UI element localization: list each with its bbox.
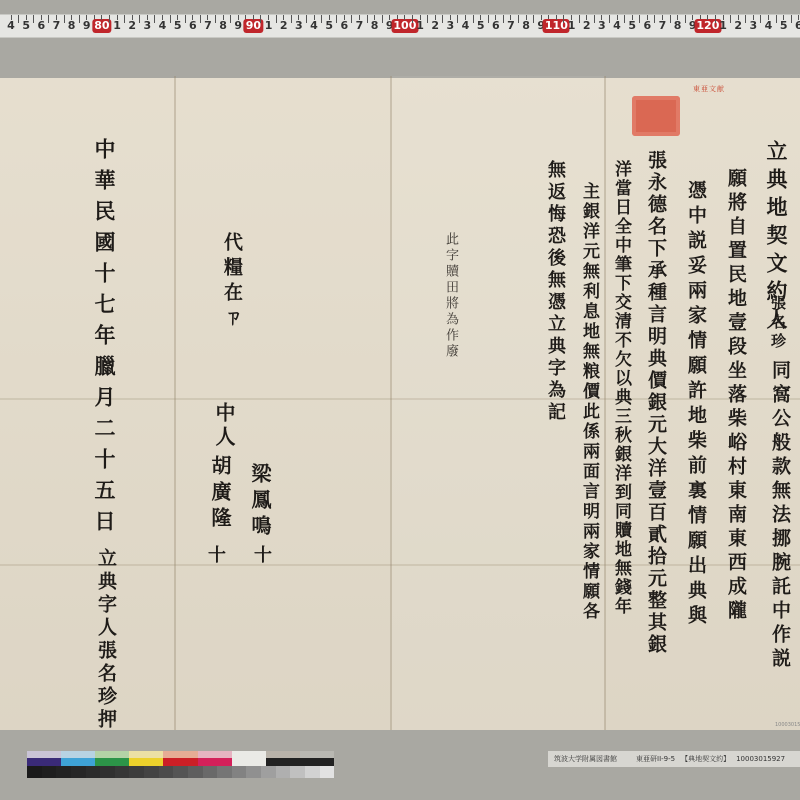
ruler-number: 7 (356, 19, 364, 33)
ruler-tick (601, 15, 602, 20)
ruler-tick (624, 15, 625, 23)
ruler-tick (670, 15, 671, 23)
ruler-tick (139, 15, 140, 23)
ruler-tick (11, 15, 12, 20)
ruler-tick (283, 15, 284, 20)
fold-line (0, 564, 800, 566)
deed-paper (0, 64, 800, 730)
ruler-number: 2 (431, 19, 439, 33)
shelfmark-label: 東亜研II-9-5 【典地契文約】 10003015927 (630, 751, 800, 767)
ruler-number: 110 (543, 19, 570, 33)
color-swatch (61, 758, 95, 766)
middlemen-label: 中人 (214, 402, 234, 450)
shelfmark: 東亜研II-9-5 (636, 754, 675, 764)
ruler-tick (18, 15, 19, 23)
ruler-number: 8 (674, 19, 682, 33)
gray-swatch (129, 766, 144, 778)
ruler-number: 8 (219, 19, 227, 33)
ruler-tick (556, 15, 557, 20)
ruler-tick (738, 15, 739, 20)
color-swatch (27, 751, 61, 758)
ruler-tick (336, 15, 337, 23)
ruler-tick (541, 15, 542, 20)
gray-swatch (71, 766, 86, 778)
ruler-tick (253, 15, 254, 20)
ruler-number: 4 (462, 19, 470, 33)
ruler-tick (480, 15, 481, 20)
ruler-number: 4 (765, 19, 773, 33)
checker-light-row (27, 751, 334, 758)
ruler-tick (730, 15, 731, 23)
ruler-tick (473, 15, 474, 23)
ruler-tick (79, 15, 80, 23)
ruler-number: 100 (391, 19, 418, 33)
ruler-number: 120 (694, 19, 721, 33)
ruler-tick (533, 15, 534, 23)
ruler-tick (495, 15, 496, 20)
ruler-number: 5 (628, 19, 636, 33)
ruler-tick (101, 15, 102, 20)
ruler-tick (276, 15, 277, 23)
ruler-tick (518, 15, 519, 23)
color-swatch (129, 758, 163, 766)
middleman-2-name: 胡廣隆 (210, 455, 230, 533)
gray-swatch (173, 766, 188, 778)
ruler-tick (367, 15, 368, 23)
ruler-number: 5 (780, 19, 788, 33)
ruler-number: 1 (719, 19, 727, 33)
ruler-tick (465, 15, 466, 20)
color-swatch (266, 758, 300, 766)
ruler-tick (132, 15, 133, 20)
ruler-tick (745, 15, 746, 23)
gray-swatch (86, 766, 101, 778)
ruler-tick (457, 15, 458, 23)
ruler-tick (760, 15, 761, 23)
ruler-tick (798, 15, 799, 20)
fold-line (390, 76, 392, 730)
gray-swatch (42, 766, 57, 778)
gray-swatch (290, 766, 305, 778)
color-swatch (198, 758, 232, 766)
color-swatch (95, 758, 129, 766)
ruler-number: 6 (492, 19, 500, 33)
ruler-tick (86, 15, 87, 20)
grain-note: 代糧在ㄗ (222, 232, 241, 332)
ruler-number: 5 (325, 19, 333, 33)
signer-line: 立典字人張名珍押 (96, 548, 115, 732)
color-swatch (300, 758, 334, 766)
ruler-tick (109, 15, 110, 23)
gray-swatch (100, 766, 115, 778)
gray-swatch (305, 766, 320, 778)
barcode-number: 10003015927 (736, 755, 785, 763)
ruler-tick (351, 15, 352, 23)
ruler-number: 5 (22, 19, 30, 33)
color-swatch (61, 751, 95, 758)
ruler-tick (723, 15, 724, 20)
ruler-number: 2 (734, 19, 742, 33)
ruler-tick (117, 15, 118, 20)
ruler-number: 3 (447, 19, 455, 33)
middleman-2-mark: 十 (206, 545, 224, 567)
ruler-tick (154, 15, 155, 23)
ruler-tick (488, 15, 489, 23)
ruler-tick (268, 15, 269, 20)
color-swatch (300, 751, 334, 758)
color-swatch (163, 751, 197, 758)
ruler-number: 5 (174, 19, 182, 33)
ruler-tick (412, 15, 413, 23)
deed-column-2: 同窩公般款無法挪腕託中作説 (770, 360, 789, 672)
ruler-tick (207, 15, 208, 20)
ruler-tick (427, 15, 428, 23)
gray-swatch (320, 766, 335, 778)
ruler-tick (162, 15, 163, 20)
ruler-tick (715, 15, 716, 23)
ruler-number: 8 (371, 19, 379, 33)
ruler-tick (185, 15, 186, 23)
ruler-number: 6 (643, 19, 651, 33)
gray-swatch (27, 766, 42, 778)
ruler-tick (344, 15, 345, 20)
ruler-number: 9 (83, 19, 91, 33)
color-swatch (95, 751, 129, 758)
ruler-number: 4 (7, 19, 15, 33)
fold-line (0, 398, 800, 400)
ruler-tick (503, 15, 504, 23)
ruler-tick (617, 15, 618, 20)
collection-stamp-text: 東亜文献 (693, 84, 725, 94)
ruler-tick (563, 15, 564, 23)
ruler-number: 1 (416, 19, 424, 33)
ruler-number: 8 (522, 19, 530, 33)
ruler-tick (215, 15, 216, 23)
ruler-tick (389, 15, 390, 20)
barcode-stamp: 10003015927 (775, 722, 800, 728)
color-swatch (163, 758, 197, 766)
ruler-number: 2 (583, 19, 591, 33)
color-swatch (232, 758, 266, 766)
ruler-number: 1 (265, 19, 273, 33)
ruler-number: 6 (37, 19, 45, 33)
ruler-number: 8 (68, 19, 76, 33)
gray-swatch (56, 766, 71, 778)
checker-color-row (27, 758, 334, 766)
ruler-tick (56, 15, 57, 20)
ruler-tick (707, 15, 708, 20)
ruler-tick (147, 15, 148, 20)
ruler-number: 6 (189, 19, 197, 33)
ruler-tick (382, 15, 383, 23)
color-swatch (266, 751, 300, 758)
gray-swatch (115, 766, 130, 778)
ruler-tick (200, 15, 201, 23)
color-swatch (198, 751, 232, 758)
ruler-tick (632, 15, 633, 20)
ruler-tick (510, 15, 511, 20)
gray-swatch (217, 766, 232, 778)
ruler-number: 7 (659, 19, 667, 33)
gray-swatch (203, 766, 218, 778)
ruler-tick (654, 15, 655, 23)
ruler-tick (685, 15, 686, 23)
measuring-ruler: 4567898012345678990123456789100123456789… (0, 14, 800, 38)
ruler-tick (41, 15, 42, 20)
deed-column-7: 主銀洋元無利息地無粮價此係兩面言明兩家情願各 (580, 182, 597, 622)
ruler-number: 7 (507, 19, 515, 33)
deed-column-3: 願將自置民地壹段坐落柴峪村東南東西成隴 (726, 168, 745, 624)
ruler-tick (223, 15, 224, 20)
date-line: 中華民國十七年臘月二十五日 (94, 138, 115, 541)
ruler-number: 2 (128, 19, 136, 33)
deed-party-name: 張名珍 (770, 295, 785, 352)
ruler-tick (238, 15, 239, 20)
ruler-tick (753, 15, 754, 20)
ruler-tick (124, 15, 125, 23)
ruler-tick (526, 15, 527, 20)
ruler-number: 7 (204, 19, 212, 33)
ruler-tick (420, 15, 421, 20)
fold-line (174, 76, 176, 730)
gray-swatch (261, 766, 276, 778)
ruler-number: 1 (113, 19, 121, 33)
deed-column-5: 張永德名下承種言明典價銀元大洋壹百貳拾元整其銀 (646, 150, 665, 656)
gray-swatch (246, 766, 261, 778)
ruler-tick (170, 15, 171, 23)
color-swatch (232, 751, 266, 758)
ruler-tick (314, 15, 315, 20)
ruler-tick (579, 15, 580, 23)
ruler-tick (594, 15, 595, 23)
ruler-number: 3 (750, 19, 758, 33)
ruler-tick (177, 15, 178, 20)
ruler-tick (260, 15, 261, 23)
ruler-tick (647, 15, 648, 20)
gray-swatch (159, 766, 174, 778)
ruler-tick (768, 15, 769, 20)
ruler-tick (692, 15, 693, 20)
document-title: 【典地契文約】 (681, 754, 730, 764)
ruler-tick (306, 15, 307, 23)
ruler-tick (33, 15, 34, 23)
ruler-number: 3 (295, 19, 303, 33)
ruler-number: 2 (280, 19, 288, 33)
color-calibration-chart (27, 751, 334, 778)
middleman-1-name: 梁鳳鳴 (250, 463, 270, 541)
ruler-number: 5 (477, 19, 485, 33)
ruler-number: 9 (234, 19, 242, 33)
ruler-number: 7 (53, 19, 61, 33)
ruler-tick (26, 15, 27, 20)
ruler-number: 1 (568, 19, 576, 33)
color-swatch (129, 751, 163, 758)
ruler-tick (662, 15, 663, 20)
ruler-tick (442, 15, 443, 23)
deed-column-6: 洋當日全中筆下交清不欠以典三秋銀洋到同贖地無錢年 (612, 160, 629, 616)
gray-swatch (232, 766, 247, 778)
ruler-tick (359, 15, 360, 20)
ruler-tick (291, 15, 292, 23)
ruler-tick (321, 15, 322, 23)
middleman-1-mark: 十 (252, 545, 270, 567)
ruler-tick (450, 15, 451, 20)
deed-column-8: 無返悔恐後無憑立典字為記 (546, 160, 564, 424)
ruler-number: 6 (795, 19, 800, 33)
ruler-tick (48, 15, 49, 23)
ruler-tick (677, 15, 678, 20)
ruler-number: 6 (340, 19, 348, 33)
gray-swatch (276, 766, 291, 778)
ruler-tick (192, 15, 193, 20)
ruler-tick (435, 15, 436, 20)
ruler-number: 3 (144, 19, 152, 33)
ruler-number: 3 (598, 19, 606, 33)
ruler-tick (609, 15, 610, 23)
ruler-tick (571, 15, 572, 20)
ruler-tick (776, 15, 777, 23)
ruler-tick (791, 15, 792, 23)
paper-panel (390, 76, 605, 730)
fold-line (604, 76, 606, 730)
ruler-tick (586, 15, 587, 20)
ruler-tick (298, 15, 299, 20)
ruler-tick (230, 15, 231, 23)
ruler-tick (639, 15, 640, 23)
ruler-tick (64, 15, 65, 23)
red-seal-stamp (632, 96, 680, 136)
ruler-number: 4 (310, 19, 318, 33)
deed-column-4: 憑中説妥兩家情願許地柴前裏情願出典與 (686, 180, 705, 630)
gray-swatch (188, 766, 203, 778)
ruler-tick (404, 15, 405, 20)
ruler-tick (71, 15, 72, 20)
ruler-tick (329, 15, 330, 20)
checker-gray-scale (27, 766, 334, 778)
ruler-number: 4 (613, 19, 621, 33)
ruler-tick (783, 15, 784, 20)
ruler-number: 4 (159, 19, 167, 33)
color-swatch (27, 758, 61, 766)
gray-swatch (144, 766, 159, 778)
redemption-annotation: 此字贖田將為作廢 (444, 232, 457, 360)
institution-label: 筑波大学附属図書館 (548, 751, 634, 767)
ruler-tick (374, 15, 375, 20)
